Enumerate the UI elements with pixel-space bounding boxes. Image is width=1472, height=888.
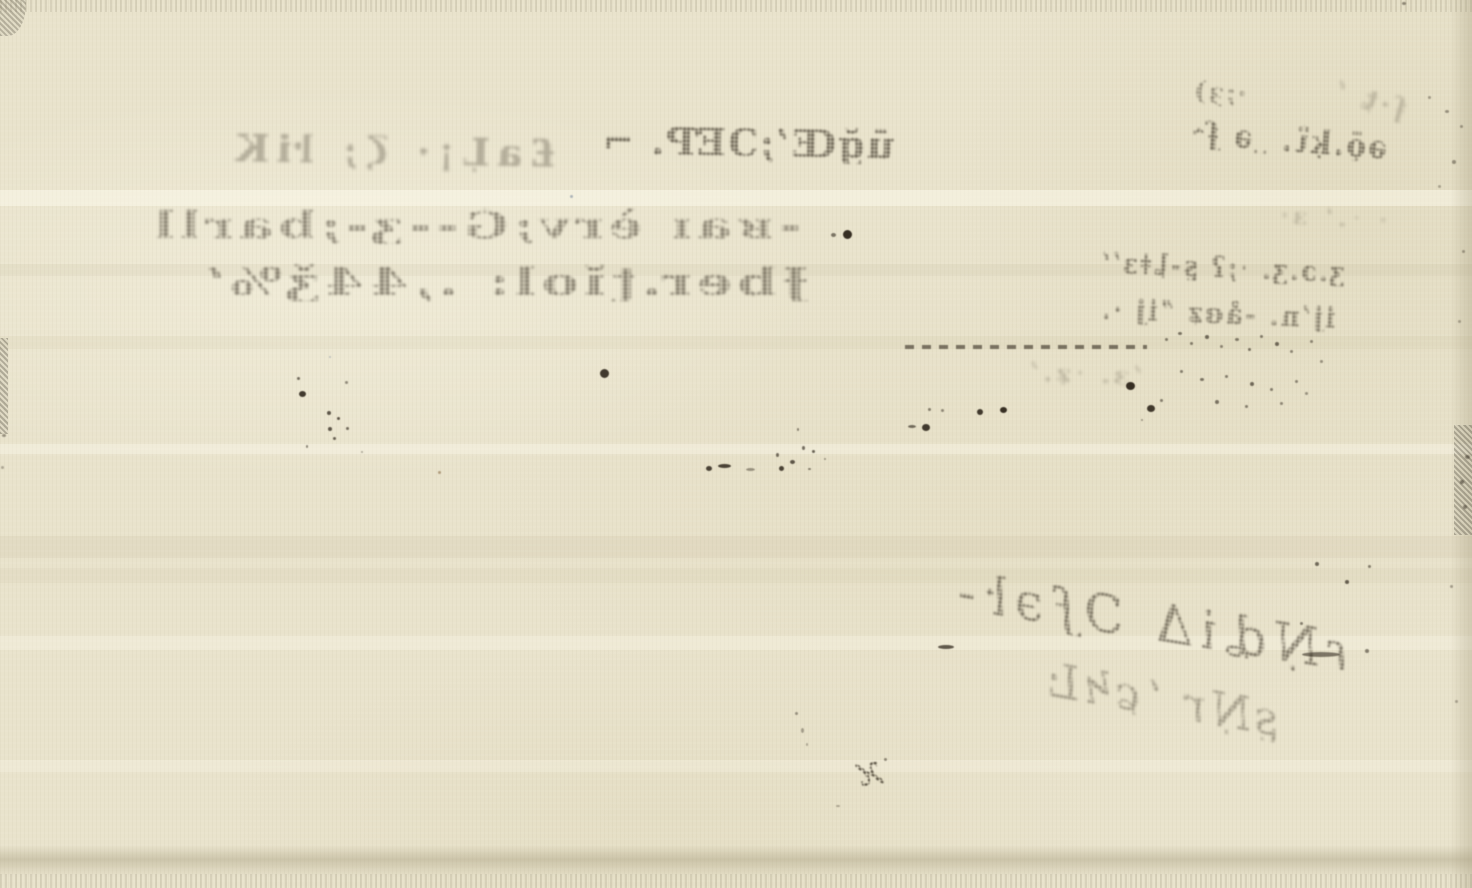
ink-glyphs: -ʁaɪ èrv;Ǧ--ʒ-;barĺl (149, 208, 801, 244)
typewriter-bleed-line-1-right: ūğŒʼ;ϽΕƤ. ¬ (600, 124, 894, 162)
ink-dot (1205, 335, 1209, 339)
ink-dot (361, 451, 363, 453)
ink-dot (1215, 400, 1219, 404)
ink-dot (836, 805, 840, 807)
ink-dot (1141, 419, 1143, 421)
ink-dot (1225, 375, 1228, 378)
ink-dot (337, 417, 340, 420)
ink-dot (1458, 320, 1461, 323)
ink-dot (1365, 649, 1369, 653)
handwriting-bleed-line-1: ɾŅȡiΔ Ͻϝ϶ŀ- (948, 596, 1353, 648)
ink-dot (1315, 562, 1319, 566)
ink-dot (329, 356, 331, 358)
ink-glyphs: £aĻ¡· ζ; ŀiΚ (228, 129, 557, 173)
ink-dot (1345, 580, 1349, 584)
ink-dot (1290, 350, 1293, 353)
ink-dot (718, 464, 731, 468)
ink-dot (795, 712, 798, 715)
ink-dot (977, 409, 983, 415)
ink-dot (790, 460, 795, 464)
ink-dot (1460, 480, 1464, 484)
ink-dot (1450, 585, 1453, 588)
ink-dot (1305, 392, 1308, 395)
dashed-underline-bleed (905, 345, 1147, 349)
right-margin-faint-row: · ˑ.ʼ ɜ· (1275, 206, 1387, 230)
ink-dot (797, 428, 799, 431)
ink-glyphs: ·;ȝ) (1191, 78, 1247, 108)
ink-dot (1280, 402, 1283, 405)
ink-dot (438, 471, 441, 474)
ink-dot (1160, 399, 1163, 402)
ink-dot (824, 458, 826, 460)
ink-dot (1465, 455, 1470, 459)
ink-glyphs: ϰ (853, 748, 885, 793)
ink-dot (1126, 382, 1135, 390)
ink-dot (801, 728, 804, 733)
ink-dot (1245, 405, 1248, 408)
ink-dot (327, 411, 331, 415)
ink-dot (1320, 360, 1323, 363)
ink-dot (843, 230, 852, 239)
typewriter-bleed-line-2: -ʁaɪ èrv;Ǧ--ʒ-;barĺl (250, 208, 700, 244)
ink-dot (1, 466, 4, 469)
ink-dot (2, 434, 6, 437)
ink-layer: £aĻ¡· ζ; ŀiΚūğŒʼ;ϽΕƤ. ¬-ʁaɪ èrv;Ǧ--ʒ-;ba… (0, 0, 1472, 888)
ink-dot (1302, 652, 1340, 657)
ink-dot (806, 743, 808, 746)
ink-glyphs: ɾŅȡiΔ Ͻϝ϶ŀ- (946, 565, 1354, 680)
ink-glyphs: · ˑ.ʼ ɜ· (1274, 203, 1388, 233)
ink-dot (1438, 185, 1441, 188)
typewriter-bleed-line-3: Ɉber.ʈĭol: .,44ǯ%ʻ (294, 263, 714, 301)
right-block-speckled-row-1: ʒ.ɔ.ʒ. ˑ;ʔ ʂ-ȴǂɜʼʻ (1082, 254, 1361, 282)
handwriting-bleed-line-2: ʂŅr ʻɕϞĿ (1042, 676, 1281, 722)
ink-dot (908, 425, 916, 428)
ink-dot (299, 391, 306, 397)
ink-dot (1235, 338, 1239, 341)
mid-right-faint-row: ʻɜ. ˑʑ.ʼ (1026, 362, 1142, 388)
ink-dot (1460, 125, 1463, 128)
ink-dot (1462, 250, 1465, 253)
ink-dot (928, 408, 931, 411)
ink-dot (1165, 338, 1168, 341)
ink-dot (1445, 110, 1449, 113)
ink-dot (1295, 380, 1298, 383)
right-margin-smudge-bold: ǝǭ.ķΐ. ˽ǝ ʄ˞ (1178, 124, 1398, 156)
ink-dot (1402, 2, 1406, 5)
ink-dot (941, 409, 944, 412)
ink-dot (306, 445, 308, 448)
ink-glyphs: ǝǭ.ķΐ. ˽ǝ ʄ˞ (1188, 116, 1388, 163)
ink-dot (1368, 565, 1371, 568)
ink-dot (746, 468, 755, 471)
ink-dot (297, 377, 300, 380)
ink-dot (1275, 342, 1279, 346)
ink-dot (1452, 160, 1456, 164)
typewriter-bleed-line-1-left: £aĻ¡· ζ; ŀiΚ (228, 132, 557, 170)
x-shaped-ink-mark: ϰ (856, 750, 882, 792)
ink-dot (1147, 405, 1155, 412)
right-block-speckled-row-2: ijʼn. -ǻɞʑ ˮij ·. (1086, 300, 1348, 328)
ink-glyphs: ijʼn. -ǻɞʑ ˮij ·. (1099, 295, 1336, 332)
ink-dot (1178, 332, 1182, 335)
ink-dot (600, 369, 609, 378)
ink-dot (1180, 370, 1183, 373)
ink-dot (328, 427, 332, 431)
ink-dot (1200, 378, 1204, 381)
ink-glyphs: ʒ.ɔ.ʒ. ˑ;ʔ ʂ-ȴǂɜʼʻ (1098, 249, 1344, 287)
ink-dot (938, 645, 954, 649)
scanned-document-page: £aĻ¡· ζ; ŀiΚūğŒʼ;ϽΕƤ. ¬-ʁaɪ èrv;Ǧ--ʒ-;ba… (0, 0, 1472, 888)
ink-glyphs: Ɉber.ʈĭol: .,44ǯ%ʻ (200, 263, 809, 301)
ink-dot (1190, 342, 1193, 345)
ink-dot (779, 466, 784, 471)
ink-dot (808, 468, 811, 470)
ink-dot (346, 427, 349, 430)
ink-dot (1260, 335, 1263, 338)
ink-dot (1220, 345, 1223, 348)
ink-dot (1455, 700, 1458, 703)
ink-dot (776, 453, 779, 457)
ink-dot (831, 233, 836, 237)
ink-dot (1310, 340, 1313, 343)
ink-dot (1428, 96, 1431, 99)
right-margin-smudge-tail: ʄ·ȶ ʻ (1330, 86, 1407, 114)
ink-dot (884, 758, 887, 761)
ink-glyphs: ʄ·ȶ ʻ (1328, 76, 1410, 124)
ink-dot (345, 381, 348, 384)
ink-dot (333, 437, 336, 440)
ink-glyphs: ʂŅr ʻɕϞĿ (1040, 656, 1283, 743)
ink-dot (1300, 622, 1303, 625)
ink-dot (706, 466, 712, 471)
ink-glyphs: ūğŒʼ;ϽΕƤ. ¬ (600, 121, 895, 164)
ink-dot (1270, 388, 1273, 391)
ink-dot (802, 446, 805, 450)
ink-dot (570, 195, 573, 198)
right-margin-smudge-small: ·;ȝ) (1192, 80, 1247, 106)
ink-dot (1250, 382, 1254, 386)
ink-dot (922, 424, 930, 431)
ink-dot (812, 450, 815, 453)
ink-dot (1248, 348, 1251, 351)
ink-dot (1463, 505, 1467, 509)
ink-dot (1000, 407, 1007, 413)
